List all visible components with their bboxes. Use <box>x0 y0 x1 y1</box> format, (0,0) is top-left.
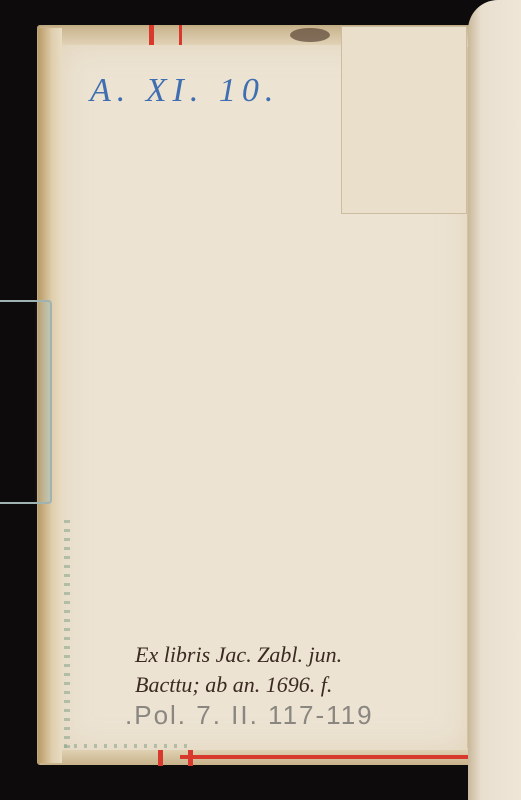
red-line-bottom-horizontal <box>180 755 470 759</box>
ex-libris-line-1: Ex libris Jac. Zabl. jun. <box>135 640 342 670</box>
ex-libris-line-2: Bacttu; ab an. 1696. f. <box>135 670 342 700</box>
red-line-top-1 <box>149 25 154 46</box>
plastic-clip <box>0 300 52 504</box>
shelfmark-inscription: A. XI. 10. <box>90 72 279 110</box>
ex-libris-inscription: Ex libris Jac. Zabl. jun. Bacttu; ab an.… <box>135 640 342 700</box>
red-line-bottom-1 <box>158 750 163 766</box>
top-stain <box>290 28 330 42</box>
pencil-note: .Pol. 7. II. 117-119 <box>125 700 374 731</box>
green-speckle-bottom <box>64 744 194 748</box>
red-line-top-2 <box>179 25 182 46</box>
green-speckle-left <box>64 520 70 750</box>
removed-label-patch <box>341 26 467 214</box>
facing-leaf-edge <box>468 0 521 800</box>
